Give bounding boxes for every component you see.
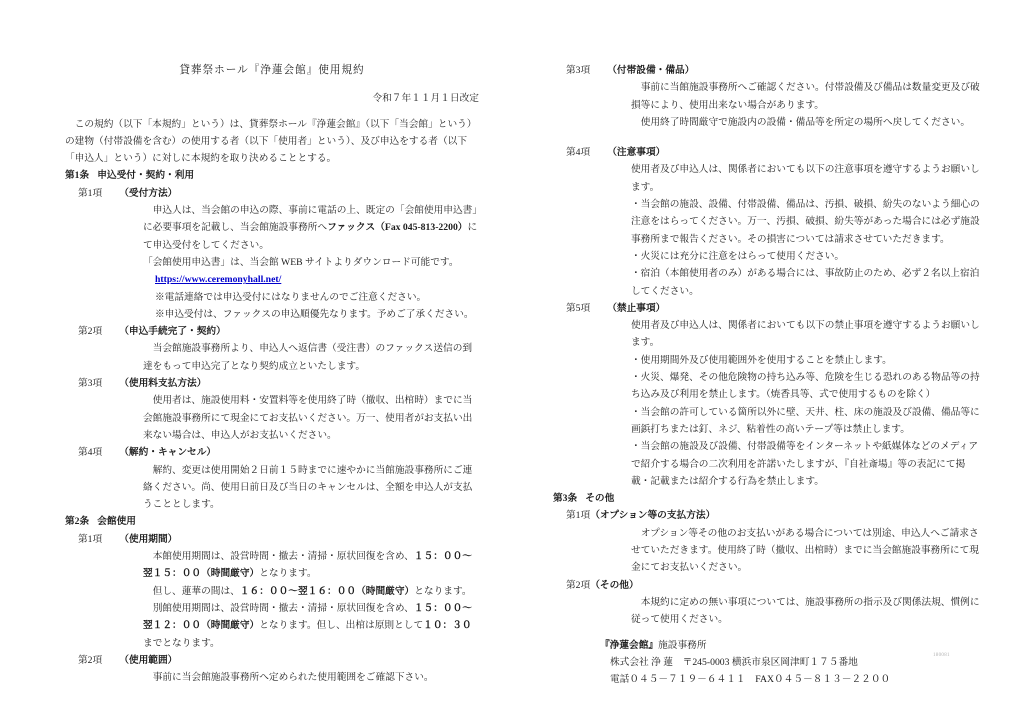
clause-title: （使用料支払方法） <box>119 378 206 389</box>
note-paragraph: ※電話連絡では申込受付にはなりませんのでご注意ください。 <box>155 289 479 306</box>
clause-heading: 第5項（禁止事項） <box>566 300 981 317</box>
paragraph: 使用終了時間厳守で施設内の設備・備品等を所定の場所へ戻してください。 <box>631 114 981 131</box>
article-title: その他 <box>585 493 614 504</box>
spacer <box>553 629 981 637</box>
clause-heading: 第1項（オプション等の支払方法） <box>566 507 981 524</box>
intro-paragraph: この規約（以下「本規約」という）は、貸葬祭ホール『浄蓮会館』（以下「当会館」とい… <box>65 116 479 168</box>
right-column: 第3項（付帯設備・備品）事前に当館施設事務所へご確認ください。付帯設備及び備品は… <box>553 62 981 688</box>
clause-label: 第5項 <box>566 303 590 314</box>
clause-label: 第3項 <box>566 65 590 76</box>
paragraph: 使用者は、施設使用料・安置料等を使用終了時（撤収、出棺時）までに当会館施設事務所… <box>143 392 479 444</box>
note-paragraph: ※申込受付は、ファックスの申込順優先なります。予めご了承ください。 <box>155 306 479 323</box>
paragraph: 事前に当館施設事務所へご確認ください。付帯設備及び備品は数量変更及び破損等により… <box>631 79 981 114</box>
document-page: 貸葬祭ホール『浄蓮会館』使用規約令和７年１１月１日改定この規約（以下「本規約」と… <box>0 0 1024 724</box>
clause-title: （申込手続完了・契約） <box>119 326 226 337</box>
bullet-paragraph: ・当会館の施設及び設備、付帯設備等をインターネットや紙媒体などのメディアで紹介す… <box>631 438 981 490</box>
paragraph: オプション等その他のお支払いがある場合については別途、申込人へご請求させていただ… <box>631 525 981 577</box>
clause-title: （注意事項） <box>607 147 665 158</box>
article-title: 会館使用 <box>97 516 136 527</box>
clause-label: 第1項 <box>566 510 590 521</box>
clause-heading: 第4項（注意事項） <box>566 144 981 161</box>
clause-label: 第4項 <box>566 147 590 158</box>
bullet-paragraph: ・宿泊（本館使用者のみ）がある場合には、事故防止のため、必ず２名以上宿泊してくだ… <box>631 265 981 300</box>
bullet-paragraph: ・当会館の許可している箇所以外に壁、天井、柱、床の施設及び設備、備品等に画鋲打ち… <box>631 404 981 439</box>
clause-heading: 第2項（申込手続完了・契約） <box>78 323 479 340</box>
clause-title: （その他） <box>590 580 638 591</box>
revision-date: 令和７年１１月１日改定 <box>65 90 479 107</box>
clause-title: （付帯設備・備品） <box>607 65 694 76</box>
article-heading: 第3条その他 <box>553 490 981 507</box>
clause-heading: 第3項（使用料支払方法） <box>78 375 479 392</box>
clause-label: 第2項 <box>566 580 590 591</box>
clause-title: （使用期間） <box>119 534 177 545</box>
article-heading: 第2条会館使用 <box>65 513 479 530</box>
clause-label: 第2項 <box>78 655 102 666</box>
paragraph: 別館使用期間は、設営時間・撤去・清掃・原状回復を含め、１５：００～翌１２：００（… <box>143 600 479 652</box>
page-title: 貸葬祭ホール『浄蓮会館』使用規約 <box>65 62 479 79</box>
clause-heading: 第2項（その他） <box>566 577 981 594</box>
paragraph: 申込人は、当会館の申込の際、事前に電話の上、既定の「会館使用申込書」に必要事項を… <box>143 202 479 254</box>
document-code: 180081 <box>933 653 950 659</box>
bullet-paragraph: ・当会館の施設、設備、付帯設備、備品は、汚損、破損、紛失のないよう細心の注意をは… <box>631 196 981 248</box>
left-column: 貸葬祭ホール『浄蓮会館』使用規約令和７年１１月１日改定この規約（以下「本規約」と… <box>65 62 479 686</box>
contact-block: 『浄蓮会館』施設事務所株式会社 浄 蓮 〒245-0003 横浜市泉区岡津町１７… <box>600 637 981 689</box>
clause-heading: 第2項（使用範囲） <box>78 652 479 669</box>
contact-line: 株式会社 浄 蓮 〒245-0003 横浜市泉区岡津町１７５番地 <box>610 654 981 671</box>
contact-line: 電話０４５－７１９－６４１１ FAX０４５－８１３－２２００ <box>610 671 981 688</box>
paragraph: 「会館使用申込書」は、当会館 WEB サイトよりダウンロード可能です。 <box>143 254 479 271</box>
clause-title: （オプション等の支払方法） <box>590 510 715 521</box>
paragraph: 使用者及び申込人は、関係者においても以下の禁止事項を遵守するようお願いします。 <box>631 317 981 352</box>
clause-label: 第3項 <box>78 378 102 389</box>
article-label: 第2条 <box>65 516 89 527</box>
clause-heading: 第3項（付帯設備・備品） <box>566 62 981 79</box>
clause-title: （禁止事項） <box>607 303 665 314</box>
clause-heading: 第4項（解約・キャンセル） <box>78 444 479 461</box>
clause-label: 第1項 <box>78 188 102 199</box>
paragraph: 本規約に定めの無い事項については、施設事務所の指示及び関係法規、慣例に従って使用… <box>631 594 981 629</box>
paragraph: 使用者及び申込人は、関係者においても以下の注意事項を遵守するようお願いします。 <box>631 161 981 196</box>
spacer <box>553 131 981 144</box>
bullet-paragraph: ・火災、爆発、その他危険物の持ち込み等、危険を生じる恐れのある物品等の持ち込み及… <box>631 369 981 404</box>
paragraph: 事前に当会館施設事務所へ定められた使用範囲をご確認下さい。 <box>143 669 479 686</box>
paragraph: 当会館施設事務所より、申込人へ返信書（受注書）のファックス送信の到達をもって申込… <box>143 340 479 375</box>
clause-label: 第1項 <box>78 534 102 545</box>
url-line: https://www.ceremonyhall.net/ <box>155 271 479 288</box>
contact-line: 『浄蓮会館』施設事務所 <box>600 637 981 654</box>
clause-title: （使用範囲） <box>119 655 177 666</box>
bullet-paragraph: ・使用期間外及び使用範囲外を使用することを禁止します。 <box>631 352 981 369</box>
clause-label: 第4項 <box>78 447 102 458</box>
article-label: 第1条 <box>65 170 89 181</box>
article-title: 申込受付・契約・利用 <box>97 170 194 181</box>
paragraph: 但し、蓮華の間は、１６：００～翌１６：００（時間厳守）となります。 <box>143 583 479 600</box>
bullet-paragraph: ・火災には充分に注意をはらって使用ください。 <box>631 248 981 265</box>
url-link[interactable]: https://www.ceremonyhall.net/ <box>155 274 281 285</box>
article-heading: 第1条申込受付・契約・利用 <box>65 167 479 184</box>
article-label: 第3条 <box>553 493 577 504</box>
clause-heading: 第1項（受付方法） <box>78 185 479 202</box>
clause-title: （受付方法） <box>119 188 177 199</box>
paragraph: 解約、変更は使用開始２日前１５時までに速やかに当館施設事務所にご連絡ください。尚… <box>143 462 479 514</box>
clause-title: （解約・キャンセル） <box>119 447 216 458</box>
clause-heading: 第1項（使用期間） <box>78 531 479 548</box>
clause-label: 第2項 <box>78 326 102 337</box>
paragraph: 本館使用期間は、設営時間・撤去・清掃・原状回復を含め、１５：００～翌１５：００（… <box>143 548 479 583</box>
